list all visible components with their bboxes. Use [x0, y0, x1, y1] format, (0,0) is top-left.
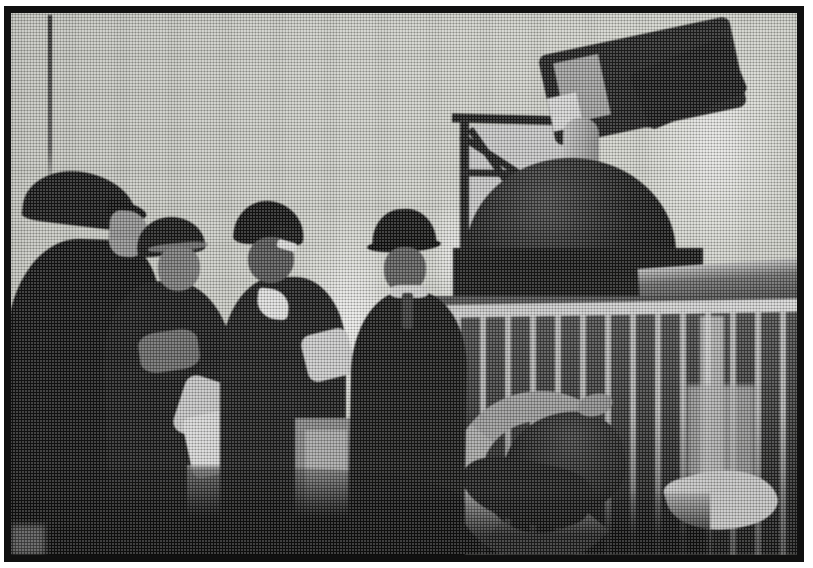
photo-scene — [11, 13, 797, 555]
foreground-dark-mass — [11, 468, 465, 555]
corner-light-patch — [11, 525, 45, 555]
photo-paint-layer — [11, 13, 797, 555]
halftone-photo-page — [0, 0, 813, 568]
man-4-tie — [402, 293, 413, 329]
photo-frame-border — [4, 6, 804, 562]
